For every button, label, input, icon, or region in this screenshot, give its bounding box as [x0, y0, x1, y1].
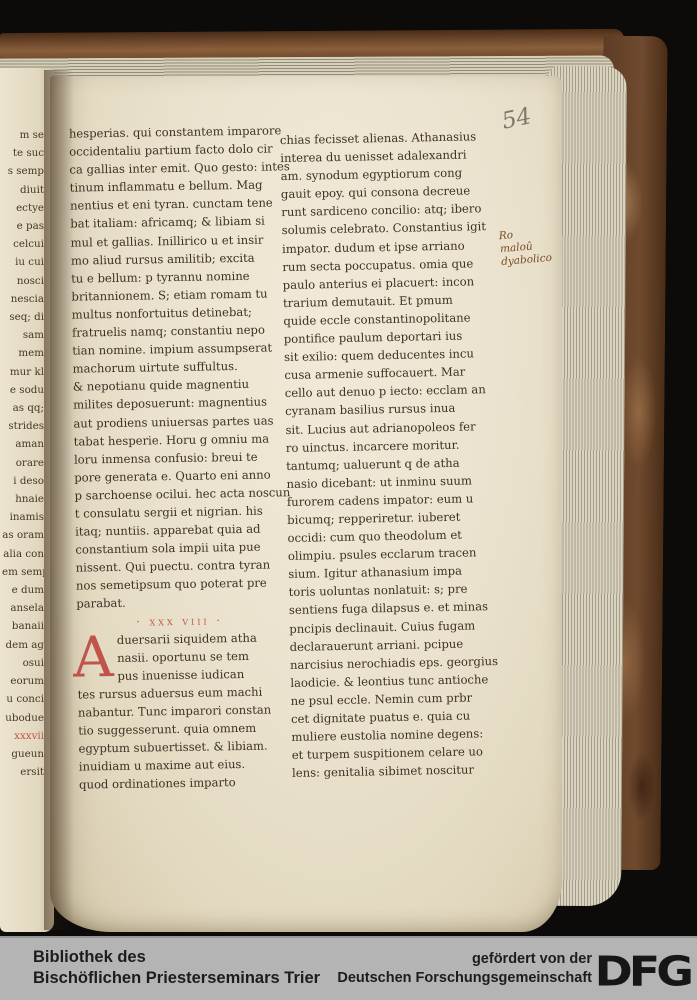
margin-note: Romaloûdyabolico	[498, 226, 552, 269]
text-line: e pas	[2, 217, 44, 235]
funding-credit-line2: Deutschen Forschungsgemeinschaft	[337, 969, 592, 988]
text-line: tian nomine. impium assumpserat	[72, 339, 278, 360]
text-line: gueun	[2, 745, 44, 763]
text-line: alia con	[2, 545, 44, 563]
folio-number-pencil: 54	[500, 103, 534, 135]
text-line: e sodu	[2, 381, 44, 399]
text-line: ansela	[2, 599, 44, 617]
text-line: as oram	[2, 526, 44, 544]
text-line: m se	[2, 126, 44, 144]
text-line: u conci	[2, 690, 44, 708]
text-line: nescia	[2, 290, 44, 308]
text-line: mur kl	[2, 363, 44, 381]
funding-credit-line1: gefördert von der	[337, 950, 592, 969]
text-line: celcui	[2, 235, 44, 253]
text-line: nos semetipsum quo poterat pre	[76, 574, 282, 595]
right-text-column: chias fecisset alienas. Athanasiusintere…	[280, 127, 504, 782]
facing-page-line-fragments: m sete sucs sempdiuitectyee pascelcuiiu …	[2, 126, 44, 781]
text-line: as qq;	[2, 399, 44, 417]
text-line: dem ag	[2, 636, 44, 654]
digitized-manuscript-photo: m sete sucs sempdiuitectyee pascelcuiiu …	[0, 0, 697, 1000]
text-line: ersit	[2, 763, 44, 781]
library-name: Bibliothek des Bischöflichen Priestersem…	[33, 947, 320, 989]
text-line: ubodue	[2, 709, 44, 727]
left-column-upper-lines: hesperias. qui constantem imparoreoccide…	[69, 121, 283, 613]
chapter-opening: A duersarii siquidem athanasii. oportunu…	[77, 628, 286, 794]
text-line: xxxvii	[2, 727, 44, 745]
text-line: hnaie	[2, 490, 44, 508]
text-line: ectye	[2, 199, 44, 217]
dfg-logo: DFG	[595, 947, 690, 996]
text-line: e dum	[2, 581, 44, 599]
illuminated-initial: A	[73, 631, 114, 686]
text-line: strides	[2, 417, 44, 435]
text-line: egyptum subuertisset. & libiam.	[78, 737, 284, 758]
funding-credit: gefördert von der Deutschen Forschungsge…	[337, 950, 592, 988]
text-line: diuit	[2, 181, 44, 199]
text-line: quod ordinationes imparto	[79, 773, 285, 794]
text-line: te suc	[2, 144, 44, 162]
text-line: eorum	[2, 672, 44, 690]
library-name-line2: Bischöflichen Priesterseminars Trier	[33, 968, 320, 989]
text-line: mem	[2, 344, 44, 362]
facing-page-partial: m sete sucs sempdiuitectyee pascelcuiiu …	[0, 68, 54, 932]
text-line: iu cui	[2, 253, 44, 271]
footer-bar: Bibliothek des Bischöflichen Priestersem…	[0, 936, 697, 1000]
text-line: orare	[2, 454, 44, 472]
text-line: nosci	[2, 272, 44, 290]
text-line: i deso	[2, 472, 44, 490]
lines-after-initial: tes rursus aduersus eum machinabantur. T…	[78, 682, 286, 794]
text-line: banaii	[2, 617, 44, 635]
text-line: seq; di	[2, 308, 44, 326]
manuscript-page: 54 Romaloûdyabolico hesperias. qui const…	[50, 76, 562, 932]
text-line: sam	[2, 326, 44, 344]
text-line: aman	[2, 435, 44, 453]
left-text-column: hesperias. qui constantem imparoreoccide…	[69, 121, 285, 794]
text-line: lens: genitalia sibimet noscitur	[292, 760, 504, 782]
text-line: em semp	[2, 563, 44, 581]
text-line: s semp	[2, 162, 44, 180]
library-name-line1: Bibliothek des	[33, 947, 320, 968]
text-line: osui	[2, 654, 44, 672]
text-line: inamis	[2, 508, 44, 526]
